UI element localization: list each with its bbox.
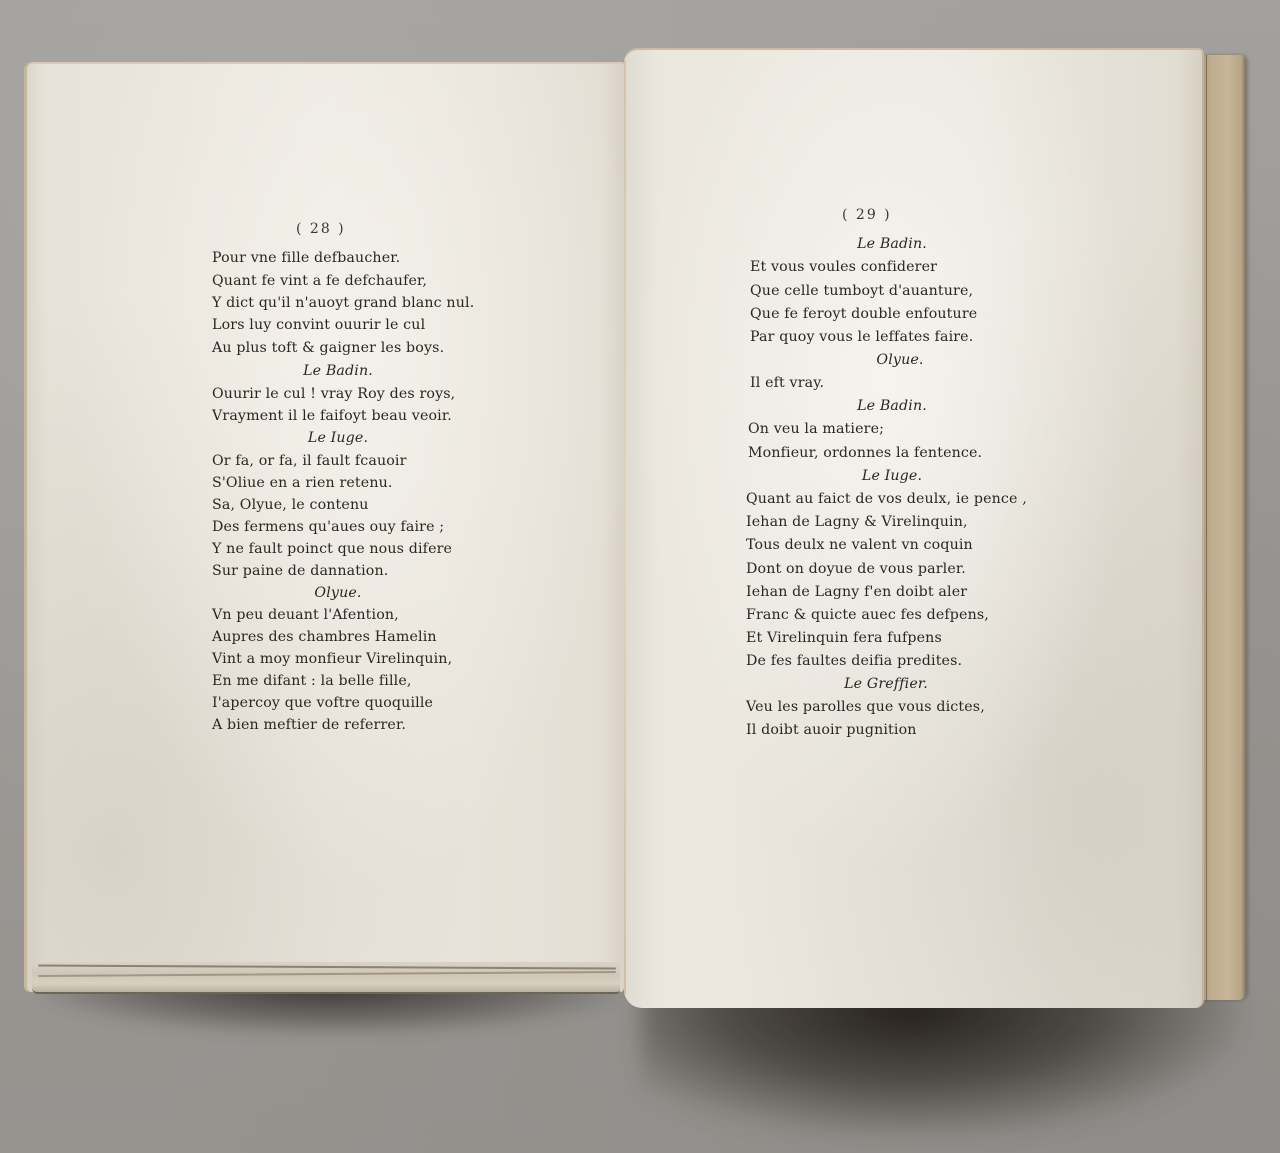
speaker-name: Le Greffier.	[844, 677, 928, 691]
speaker-name: Le Badin.	[303, 364, 373, 378]
verse-line: Y dict qu'il n'auoyt grand blanc nul.	[212, 296, 474, 310]
verse-line: Aupres des chambres Hamelin	[212, 630, 437, 644]
verse-line: Franc & quicte auec fes defpens,	[746, 608, 989, 622]
verse-line: A bien meftier de referrer.	[212, 718, 406, 732]
speaker-name: Le Iuge.	[862, 469, 922, 483]
verse-line: Vint a moy monfieur Virelinquin,	[212, 652, 452, 666]
verse-line: Y ne fault poinct que nous difere	[212, 542, 452, 556]
verse-line: Veu les parolles que vous dictes,	[746, 700, 985, 714]
verse-line: Iehan de Lagny & Virelinquin,	[746, 515, 968, 529]
verse-line: De fes faultes deifia predites.	[746, 654, 962, 668]
verse-line: Vn peu deuant l'Afention,	[212, 608, 399, 622]
verse-line: Iehan de Lagny f'en doibt aler	[746, 585, 967, 599]
paper-cover-edge	[1200, 55, 1246, 1000]
speaker-name: Le Badin.	[857, 399, 927, 413]
verse-line: Vrayment il le faifoyt beau veoir.	[212, 409, 452, 423]
verse-line: Ouurir le cul ! vray Roy des roys,	[212, 387, 455, 401]
verse-line: Sa, Olyue, le contenu	[212, 498, 369, 512]
verse-line: Or fa, or fa, il fault fcauoir	[212, 454, 407, 468]
verse-line: Que celle tumboyt d'auanture,	[750, 284, 973, 298]
verse-line: Tous deulx ne valent vn coquin	[746, 538, 973, 552]
verse-line: S'Oliue en a rien retenu.	[212, 476, 393, 490]
verse-line: Il eft vray.	[750, 376, 824, 390]
verse-line: Et vous voules confiderer	[750, 260, 937, 274]
verse-line: Pour vne fille defbaucher.	[212, 251, 400, 265]
verse-line: Quant au faict de vos deulx, ie pence ,	[746, 492, 1027, 506]
verse-line: Dont on doyue de vous parler.	[746, 562, 966, 576]
verse-line: Quant fe vint a fe defchaufer,	[212, 274, 427, 288]
verse-line: Lors luy convint ouurir le cul	[212, 318, 425, 332]
left-page-deckled-edge	[32, 962, 620, 994]
page-number: ( 28 )	[296, 221, 346, 237]
verse-line: Par quoy vous le leffates faire.	[750, 330, 973, 344]
verse-line: On veu la matiere;	[748, 422, 884, 436]
speaker-name: Olyue.	[876, 353, 923, 367]
speaker-name: Olyue.	[314, 586, 361, 600]
verse-line: En me difant : la belle fille,	[212, 674, 412, 688]
verse-line: Des fermens qu'aues ouy faire ;	[212, 520, 444, 534]
verse-line: Monfieur, ordonnes la fentence.	[748, 446, 982, 460]
speaker-name: Le Badin.	[857, 237, 927, 251]
speaker-name: Le Iuge.	[308, 431, 368, 445]
verse-line: Et Virelinquin fera fufpens	[746, 631, 942, 645]
book-gutter	[624, 60, 626, 995]
verse-line: Sur paine de dannation.	[212, 564, 388, 578]
page-number: ( 29 )	[842, 207, 892, 223]
verse-line: Il doibt auoir pugnition	[746, 723, 917, 737]
verse-line: Que fe feroyt double enfouture	[750, 307, 977, 321]
verse-line: Au plus toft & gaigner les boys.	[212, 341, 444, 355]
verse-line: I'apercoy que voftre quoquille	[212, 696, 433, 710]
